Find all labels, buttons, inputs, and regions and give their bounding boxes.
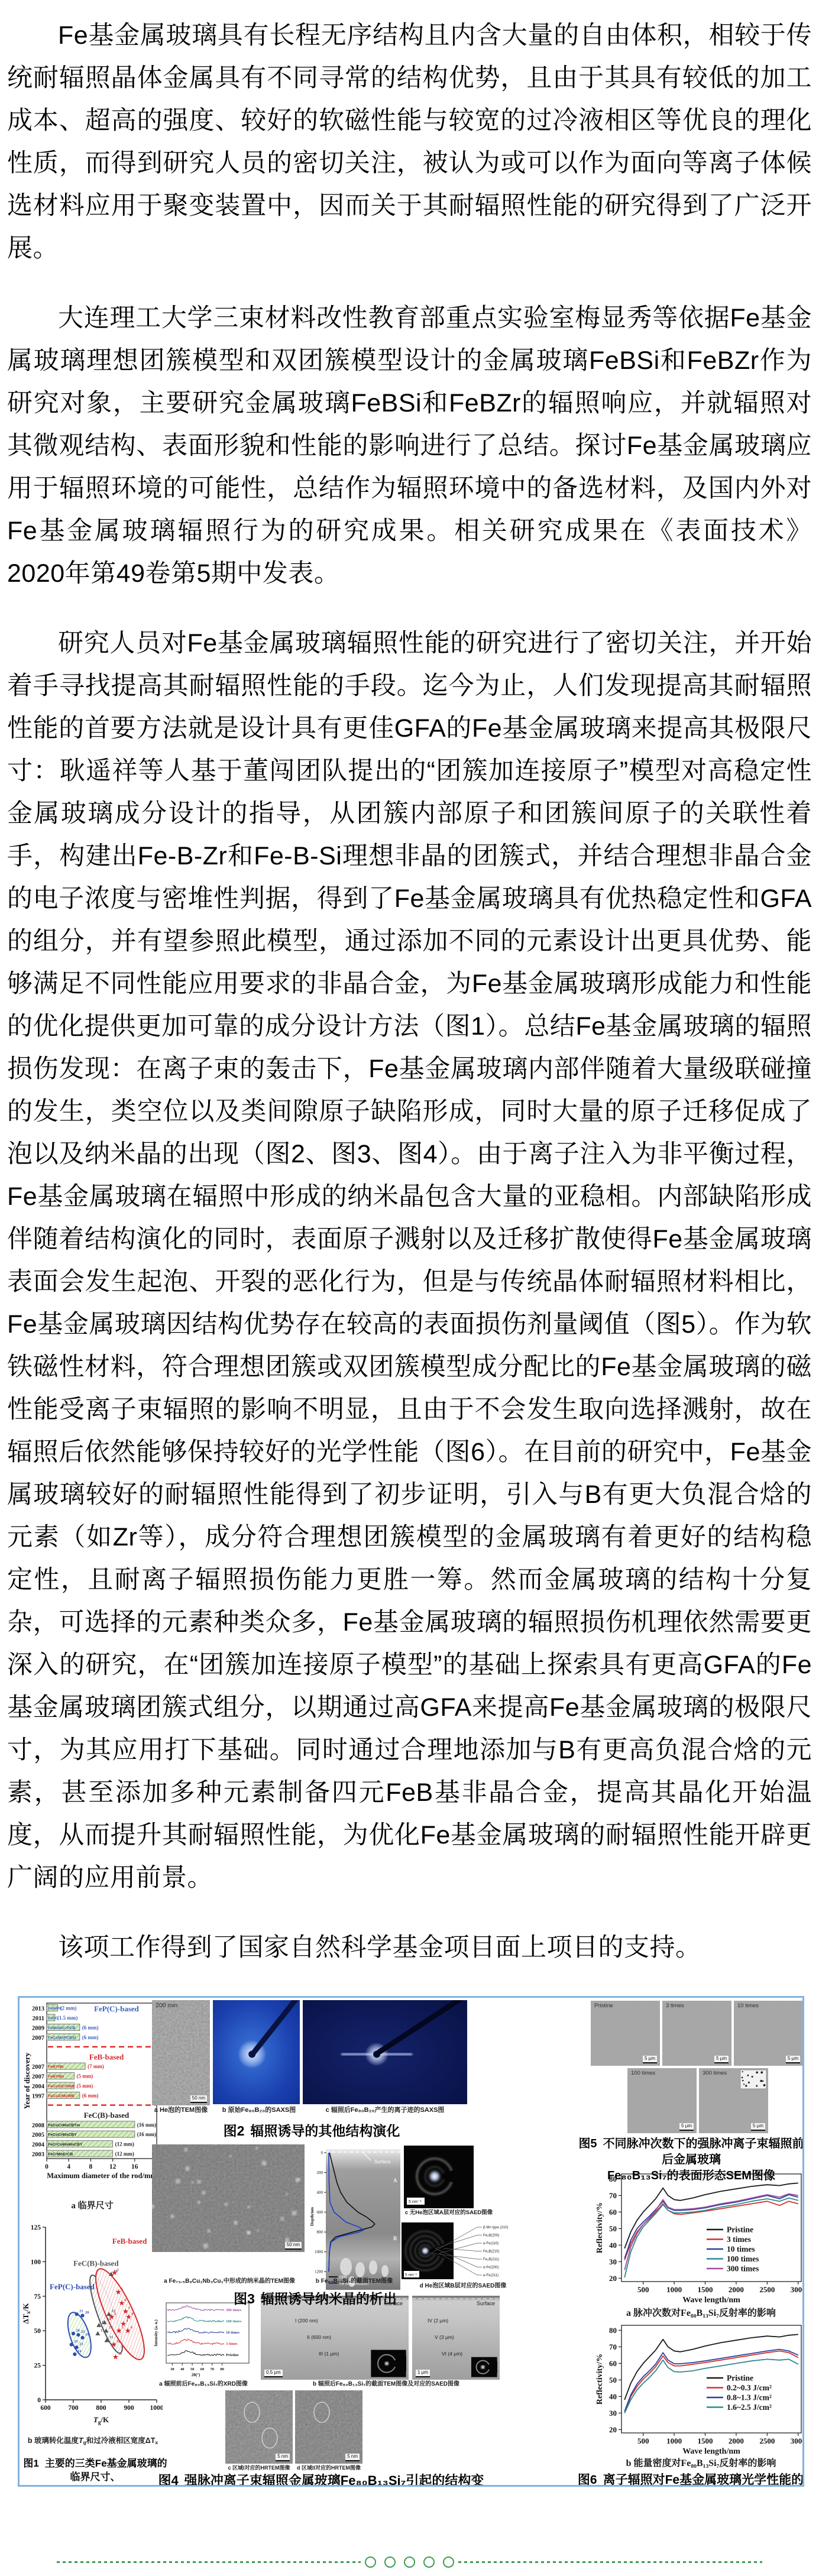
svg-text:900: 900	[124, 2405, 134, 2412]
fig2a-tem-he-bubbles: 200 min 50 nm	[152, 2000, 210, 2105]
svg-text:100: 100	[31, 2259, 41, 2266]
svg-text:Fe₂B(211): Fe₂B(211)	[483, 2258, 499, 2261]
svg-text:700: 700	[68, 2405, 79, 2412]
fig4b1-layer3-label: III (1 μm)	[319, 2351, 339, 2357]
svg-text:40: 40	[609, 2241, 617, 2250]
fig4c-scalebar: 5 nm	[276, 2454, 290, 2461]
svg-text:23: 23	[79, 2342, 83, 2347]
svg-text:Pristine: Pristine	[226, 2353, 239, 2357]
svg-text:2008: 2008	[32, 2123, 44, 2129]
svg-text:(16 mm): (16 mm)	[137, 2131, 156, 2137]
svg-text:1000: 1000	[666, 2436, 682, 2445]
svg-text:2003: 2003	[32, 2151, 44, 2158]
svg-text:FeCrCoMoMnCBY: FeCrCoMoMnCBY	[48, 2143, 83, 2147]
fig4b1-layer1-label: I (200 nm)	[295, 2318, 318, 2324]
svg-text:300 times: 300 times	[727, 2264, 759, 2273]
fig5-panel-label: 10 times	[737, 2003, 759, 2009]
svg-text:300 times: 300 times	[226, 2308, 242, 2312]
fig5-panel-label: 100 times	[631, 2070, 655, 2076]
fig4b1-layer2-label: II (600 nm)	[307, 2335, 331, 2340]
pagination-dot[interactable]	[443, 2556, 454, 2568]
fig3a-scalebar: 50 nm	[285, 2242, 302, 2250]
svg-text:Pristine: Pristine	[727, 2374, 753, 2383]
svg-text:2009: 2009	[32, 2025, 44, 2031]
fig5-sem-100times: 100 times 5 μm	[627, 2068, 697, 2133]
svg-text:Wave length/nm: Wave length/nm	[682, 2296, 740, 2305]
svg-text:5 nm⁻¹: 5 nm⁻¹	[409, 2200, 422, 2204]
svg-text:Depth/nm: Depth/nm	[309, 2206, 315, 2226]
svg-text:500: 500	[637, 2285, 649, 2294]
svg-text:200: 200	[317, 2170, 323, 2175]
fig5-sem-pristine: Pristine 5 μm	[591, 2001, 660, 2066]
svg-text:60: 60	[200, 2367, 205, 2371]
svg-text:α-Fe(110): α-Fe(110)	[483, 2242, 498, 2246]
svg-text:0: 0	[37, 2397, 41, 2404]
fig4a-subcaption: a 辐照前后Fe₈₀B₁₃Si₇的XRD图像	[141, 2381, 266, 2389]
svg-text:(2 mm): (2 mm)	[60, 2005, 77, 2011]
fig4a-xrd-chart: 300 times100 times10 times3 timesPristin…	[152, 2300, 253, 2380]
svg-text:FeBYNb: FeBYNb	[48, 2065, 63, 2069]
svg-text:(12 mm): (12 mm)	[115, 2151, 134, 2157]
svg-text:ΔTx/K: ΔTx/K	[22, 2303, 31, 2324]
svg-text:2004: 2004	[32, 2084, 45, 2090]
fig5-panel-label: Pristine	[594, 2003, 613, 2009]
fig3c-saed-pattern: 5 nm⁻¹	[404, 2146, 474, 2208]
svg-text:400: 400	[317, 2191, 323, 2195]
svg-text:1.6~2.5 J/cm²: 1.6~2.5 J/cm²	[727, 2403, 772, 2412]
paragraph-main-findings: 研究人员对Fe基金属玻璃辐照性能的研究进行了密切关注，并开始着手寻找提高其耐辐照…	[7, 622, 812, 1899]
svg-text:30: 30	[609, 2409, 617, 2418]
svg-text:500: 500	[637, 2436, 649, 2445]
fig4b1-scalebar: 0.5 μm	[264, 2370, 283, 2377]
svg-text:70: 70	[609, 2342, 617, 2351]
svg-text:Fe₂B(210): Fe₂B(210)	[483, 2250, 499, 2254]
svg-text:(7 mm): (7 mm)	[88, 2063, 104, 2069]
svg-text:2500: 2500	[759, 2436, 775, 2445]
svg-text:10 times: 10 times	[727, 2245, 755, 2254]
fig2a-scalebar: 50 nm	[190, 2095, 207, 2103]
fig6a-reflectivity-chart: 2030405060708050010001500200025003000Pri…	[594, 2170, 804, 2306]
fig5-scalebar: 5 μm	[643, 2056, 657, 2063]
svg-text:24: 24	[77, 2349, 82, 2353]
svg-text:2000: 2000	[729, 2285, 744, 2294]
fig5-scalebar: 5 μm	[714, 2056, 729, 2063]
svg-text:FeCoSiCrNbB: FeCoSiCrNbB	[48, 2085, 75, 2089]
svg-text:50: 50	[609, 2224, 617, 2233]
svg-text:Reflectivity/%: Reflectivity/%	[595, 2354, 604, 2405]
svg-text:Tg/K: Tg/K	[93, 2415, 109, 2425]
svg-text:2007: 2007	[32, 2074, 44, 2081]
svg-text:70: 70	[609, 2191, 617, 2200]
fig4b-subcaption: b 辐照后Fe₈₀B₁₃Si₇的截面TEM图像及对应的SAED图像	[268, 2381, 504, 2389]
article-page: Fe基金属玻璃具有长程无序结构且内含大量的自由体积，相较于传统耐辐照晶体金属具有…	[0, 0, 819, 2568]
svg-text:2: 2	[114, 2312, 116, 2316]
pagination-dot[interactable]	[423, 2556, 435, 2568]
svg-text:80: 80	[609, 2326, 617, 2335]
svg-text:8: 8	[89, 2163, 93, 2170]
svg-text:1997: 1997	[32, 2093, 44, 2099]
fig2c-subcaption: c 辐照后Fe₈₀B₂₀产生的离子迹的SAXS图	[301, 2107, 469, 2115]
svg-text:800: 800	[317, 2230, 323, 2235]
svg-text:13: 13	[109, 2326, 113, 2330]
svg-text:1200: 1200	[315, 2270, 323, 2274]
svg-text:(5 mm): (5 mm)	[77, 2083, 93, 2089]
svg-text:Maximum diameter of the rod/mm: Maximum diameter of the rod/mm	[47, 2172, 157, 2180]
svg-text:2007: 2007	[32, 2035, 44, 2042]
svg-text:600: 600	[317, 2210, 323, 2215]
fig1a-subcaption: a 临界尺寸	[23, 2201, 161, 2212]
svg-text:FeCoZrMoWB: FeCoZrMoWB	[48, 2094, 75, 2098]
svg-text:FeB-based: FeB-based	[89, 2052, 124, 2061]
svg-text:0: 0	[45, 2163, 48, 2170]
svg-text:(5 mm): (5 mm)	[77, 2073, 93, 2079]
fig3a-subcaption: a Fe₇₃.₅B₉Cu₁Nb₃Cu₁中形成的纳米晶的TEM图像	[146, 2278, 313, 2286]
svg-text:800: 800	[96, 2405, 106, 2412]
svg-text:0.8~1.3 J/cm²: 0.8~1.3 J/cm²	[727, 2393, 772, 2402]
fig2a-subcaption: a He泡的TEM图像	[144, 2107, 218, 2115]
fig6a-subcaption: a 脉冲次数对Fe₈₀B₁₃Si₇反射率的影响	[590, 2308, 804, 2319]
fig3d-saed-pattern-indexed: 5 nm⁻¹β-Mn type (210)Fe₂B(200)α-Fe(110)F…	[402, 2221, 522, 2280]
svg-text:3000: 3000	[791, 2285, 804, 2294]
fig6-caption: 图6离子辐照对Fe基金属玻璃光学性能的影响	[572, 2470, 804, 2487]
svg-text:Intensity (a. u.): Intensity (a. u.)	[154, 2319, 158, 2347]
fig5-scalebar: 5 μm	[679, 2123, 694, 2131]
svg-text:Surface: Surface	[374, 2159, 391, 2165]
svg-text:2θ(°): 2θ(°)	[192, 2373, 200, 2377]
svg-text:50: 50	[609, 2376, 617, 2384]
svg-text:2500: 2500	[759, 2285, 775, 2294]
fig1-caption: 图1主要的三类Fe基金属玻璃的临界尺寸、 玻璃转化温度Tg和过冷液相区宽度ΔTx	[20, 2457, 171, 2487]
svg-text:25: 25	[74, 2340, 78, 2344]
svg-text:19: 19	[85, 2332, 89, 2337]
svg-text:2011: 2011	[33, 2016, 44, 2022]
svg-text:A: A	[393, 2178, 397, 2183]
fig4b2-layer5-label: V (3 μm)	[435, 2335, 454, 2340]
paragraph-intro: Fe基金属玻璃具有长程无序结构且内含大量的自由体积，相较于传统耐辐照晶体金属具有…	[7, 14, 812, 270]
fig5-sem-10times: 10 times 5 μm	[734, 2001, 803, 2066]
svg-text:FeMoNiCrPCB: FeMoNiCrPCB	[48, 2026, 76, 2030]
svg-text:100 times: 100 times	[226, 2319, 242, 2324]
fig4b1-surface-label: Surface	[384, 2301, 403, 2306]
svg-text:FeP(C)-based: FeP(C)-based	[50, 2282, 95, 2291]
svg-text:3000: 3000	[791, 2436, 804, 2445]
fig4c-hrtem: 5 nm	[225, 2390, 293, 2464]
svg-text:10 times: 10 times	[226, 2331, 239, 2335]
svg-text:30: 30	[170, 2367, 174, 2371]
fig5-scalebar: 5 μm	[751, 2123, 765, 2131]
svg-text:10: 10	[116, 2340, 121, 2344]
svg-text:5 nm⁻¹: 5 nm⁻¹	[405, 2273, 417, 2277]
svg-text:3 times: 3 times	[727, 2235, 751, 2244]
fig4b2-layer4-label: IV (2 μm)	[428, 2318, 448, 2324]
svg-text:20: 20	[609, 2425, 617, 2434]
fig4-caption: 图4强脉冲离子束辐照金属玻璃Fe₈₀B₁₃Si₇引起的结构变化	[156, 2471, 487, 2487]
svg-text:(12 mm): (12 mm)	[115, 2141, 134, 2147]
svg-text:4: 4	[67, 2163, 70, 2170]
svg-text:3 times: 3 times	[226, 2342, 238, 2346]
svg-text:40: 40	[180, 2367, 184, 2371]
svg-text:1500: 1500	[698, 2436, 713, 2445]
svg-text:20: 20	[609, 2274, 617, 2283]
svg-text:22: 22	[81, 2330, 85, 2334]
svg-text:α-Fe(211): α-Fe(211)	[483, 2274, 498, 2277]
svg-text:1000: 1000	[150, 2405, 163, 2412]
svg-text:FeCoCrMoCBY: FeCoCrMoCBY	[48, 2133, 77, 2137]
fig4b2-surface-label: Surface	[477, 2301, 495, 2306]
svg-text:50: 50	[34, 2328, 41, 2335]
svg-text:12: 12	[109, 2163, 116, 2170]
fig5-scalebar: 5 μm	[786, 2056, 800, 2063]
svg-text:15: 15	[109, 2335, 114, 2340]
svg-text:2013: 2013	[32, 2006, 44, 2013]
fig1a-bar-chart: FeP(C)-based2013FeNiPC(2 mm)2011FePC(1.5…	[23, 2000, 161, 2199]
svg-text:B: B	[393, 2235, 397, 2241]
paragraph-research-group: 大连理工大学三束材料改性教育部重点实验室梅显秀等依据Fe基金属玻璃理想团簇模型和…	[7, 297, 812, 595]
fig4d-scalebar: 5 nm	[345, 2454, 360, 2461]
dashed-line-right	[458, 2561, 762, 2563]
svg-text:FeCrMoErCB: FeCrMoErCB	[48, 2153, 73, 2157]
svg-text:2007: 2007	[32, 2064, 44, 2070]
fig4b2-layer6-label: VI (4 μm)	[442, 2351, 462, 2357]
fig4d-hrtem: 5 nm	[295, 2390, 362, 2464]
svg-text:21: 21	[79, 2309, 83, 2313]
svg-text:125: 125	[31, 2224, 41, 2231]
svg-text:2000: 2000	[729, 2436, 744, 2445]
svg-text:(6 mm): (6 mm)	[82, 2092, 99, 2098]
svg-text:60: 60	[609, 2208, 617, 2217]
pagination-dot[interactable]	[384, 2556, 396, 2568]
fig4b-cross-section-tem-2: Surface IV (2 μm) V (3 μm) VI (4 μm) 1 μ…	[412, 2296, 500, 2380]
dashed-line-left	[57, 2561, 361, 2563]
svg-text:75: 75	[34, 2293, 41, 2300]
svg-text:600: 600	[40, 2405, 51, 2412]
pagination-dot[interactable]	[404, 2556, 415, 2568]
svg-text:Reflectivity/%: Reflectivity/%	[595, 2202, 604, 2253]
fig2b-saxs-pattern	[213, 2000, 300, 2104]
svg-text:FeB-based: FeB-based	[112, 2237, 147, 2246]
paragraph-funding: 该项工作得到了国家自然科学基金项目面上项目的支持。	[7, 1926, 812, 1969]
svg-text:2004: 2004	[32, 2142, 45, 2149]
svg-text:FeBYMo: FeBYMo	[48, 2075, 64, 2079]
svg-text:FeCoMoPCBSi: FeCoMoPCBSi	[48, 2036, 76, 2040]
svg-text:Fe₂B(200): Fe₂B(200)	[483, 2234, 499, 2238]
svg-text:50: 50	[190, 2367, 195, 2371]
svg-text:FeCoCrMoCBTm: FeCoCrMoCBTm	[48, 2123, 80, 2127]
svg-text:α-Fe(200): α-Fe(200)	[483, 2266, 498, 2270]
fig5-caption: 图5不同脉冲次数下的强脉冲离子束辐照前后金属玻璃Fe₈₀B₁₃Si₇的表面形态S…	[575, 2136, 804, 2184]
fig3b-depth-profile-tem: 020040060080010001200Depth/nmSurfaceABDP…	[309, 2146, 400, 2292]
svg-text:(1.5 mm): (1.5 mm)	[57, 2015, 78, 2021]
fig5-panel-label: 300 times	[703, 2070, 727, 2076]
fig3-caption: 图3辐照诱导纳米晶的析出	[167, 2288, 463, 2308]
svg-text:2005: 2005	[32, 2132, 44, 2138]
fig5-panel-label: 3 times	[666, 2003, 684, 2009]
svg-text:0.2~0.3 J/cm²: 0.2~0.3 J/cm²	[727, 2383, 772, 2392]
svg-text:16: 16	[131, 2163, 138, 2170]
svg-text:(16 mm): (16 mm)	[137, 2122, 156, 2128]
svg-text:20: 20	[85, 2311, 89, 2315]
svg-text:30: 30	[609, 2257, 617, 2266]
svg-text:Wave length/nm: Wave length/nm	[682, 2447, 740, 2456]
fig2-caption: 图2辐照诱导的其他结构演化	[158, 2120, 465, 2140]
pagination-dot[interactable]	[365, 2556, 376, 2568]
svg-text:1500: 1500	[698, 2285, 713, 2294]
fig1b-subcaption: b 玻璃转化温度Tg和过冷液相区宽度ΔTx	[20, 2436, 166, 2446]
svg-text:Year of discovery: Year of discovery	[23, 2052, 31, 2109]
svg-text:100 times: 100 times	[727, 2254, 759, 2263]
fig2c-saxs-pattern	[303, 2000, 467, 2104]
svg-text:0: 0	[321, 2151, 323, 2156]
fig6b-subcaption: b 能量密度对Fe₈₀B₁₃Si₇反射率的影响	[590, 2458, 804, 2470]
fig3b-subcaption: b Fe₈₀B₁₃Si₇的截面TEM图像	[296, 2278, 412, 2286]
fig2b-subcaption: b 原始Fe₈₀B₂₀的SAXS图	[221, 2107, 297, 2115]
svg-text:1000: 1000	[666, 2285, 682, 2294]
fig4b-cross-section-tem-1: Surface I (200 nm) II (600 nm) III (1 μm…	[261, 2296, 409, 2380]
fig3c-subcaption: c 无He泡区域A层对应的SAED图像	[391, 2209, 507, 2217]
svg-text:11: 11	[118, 2352, 122, 2356]
fig2a-time-label: 200 min	[156, 2003, 177, 2009]
fig5-sem-3times: 3 times 5 μm	[662, 2001, 731, 2066]
fig5-sem-300times: 300 times 5 μm	[699, 2068, 768, 2133]
svg-text:FeC(B)-based: FeC(B)-based	[73, 2259, 119, 2267]
svg-text:40: 40	[609, 2392, 617, 2401]
svg-text:(6 mm): (6 mm)	[82, 2034, 99, 2040]
svg-text:FeC(B)-based: FeC(B)-based	[84, 2111, 130, 2120]
fig6b-reflectivity-chart: 2030405060708050010001500200025003000Pri…	[594, 2322, 804, 2458]
figure-montage-image[interactable]: FeP(C)-based2013FeNiPC(2 mm)2011FePC(1.5…	[18, 1996, 804, 2487]
fig1b-scatter-chart: 0255075100125600700800900100021202622192…	[22, 2224, 163, 2434]
svg-text:1: 1	[117, 2268, 119, 2272]
svg-text:Pristine: Pristine	[727, 2225, 753, 2234]
article-body: Fe基金属玻璃具有长程无序结构且内含大量的自由体积，相较于传统耐辐照晶体金属具有…	[0, 0, 819, 1969]
svg-text:FePC: FePC	[48, 2016, 58, 2020]
page-footer-decoration	[0, 2556, 819, 2568]
svg-text:(6 mm): (6 mm)	[82, 2024, 99, 2030]
svg-text:26: 26	[76, 2328, 80, 2332]
svg-text:60: 60	[609, 2359, 617, 2368]
svg-text:70: 70	[211, 2367, 215, 2371]
svg-text:80: 80	[220, 2367, 224, 2371]
fig3a-tem-nanocrystals: 50 nm	[152, 2144, 305, 2252]
svg-text:1000: 1000	[315, 2250, 323, 2254]
svg-text:FeP(C)-based: FeP(C)-based	[94, 2004, 140, 2013]
fig4b2-scalebar: 1 μm	[416, 2370, 430, 2377]
svg-text:β-Mn type (210): β-Mn type (210)	[483, 2226, 508, 2230]
svg-text:25: 25	[34, 2363, 41, 2370]
